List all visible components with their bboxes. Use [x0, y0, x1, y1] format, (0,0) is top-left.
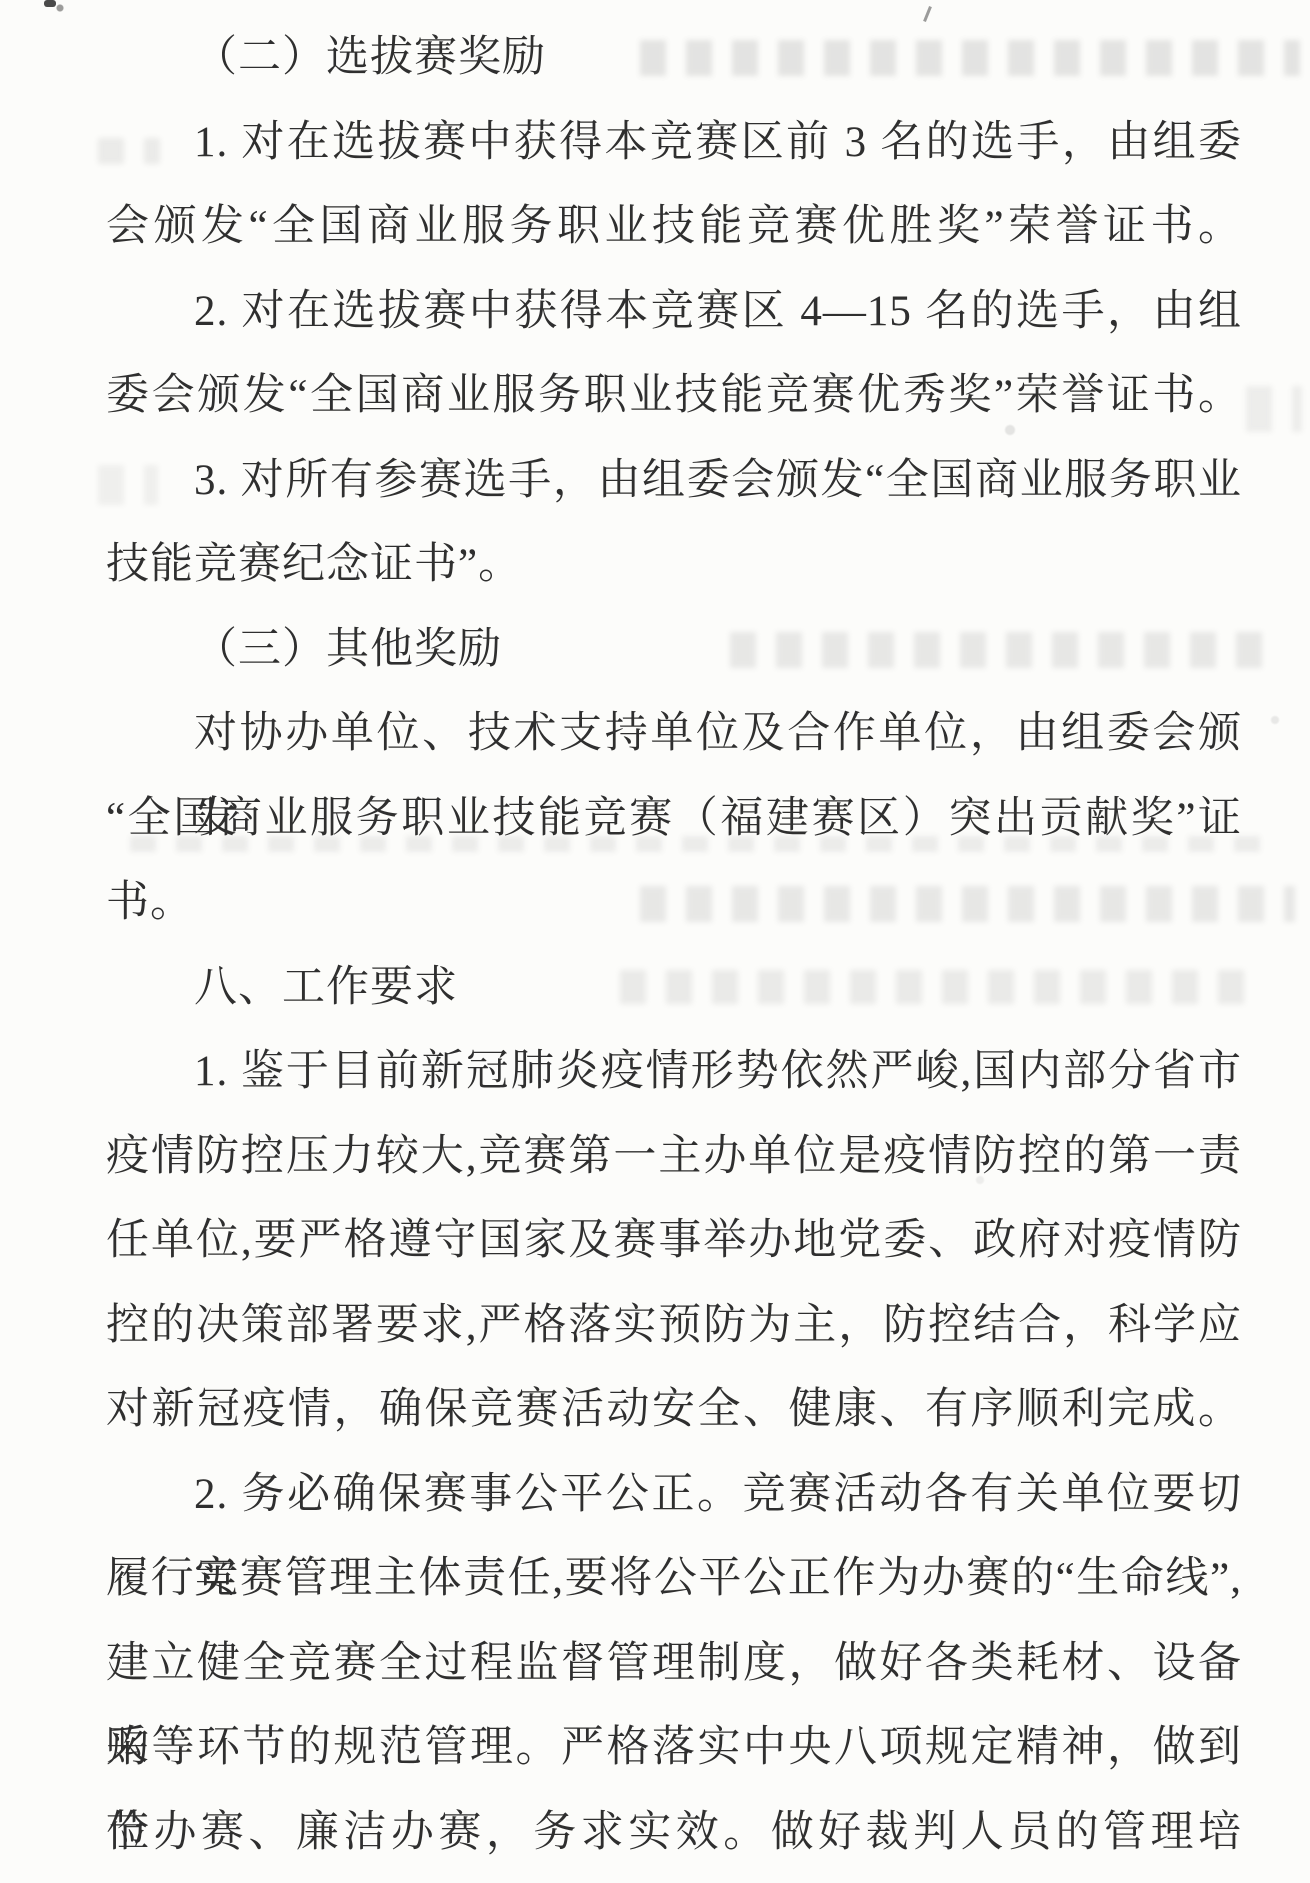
doc-line: “全国商业服务职业技能竞赛（福建赛区）突出贡献奖”证 [106, 777, 1242, 862]
heading-work-requirements: 八、工作要求 [106, 946, 1242, 1031]
doc-line: 3. 对所有参赛选手，由组委会颁发“全国商业服务职业 [106, 439, 1242, 524]
scanned-document-page: （二）选拔赛奖励 1. 对在选拔赛中获得本竞赛区前 3 名的选手，由组委 会颁发… [0, 0, 1310, 1883]
doc-line: 2. 对在选拔赛中获得本竞赛区 4—15 名的选手，由组 [106, 270, 1242, 355]
doc-line: 1. 对在选拔赛中获得本竞赛区前 3 名的选手，由组委 [106, 101, 1242, 186]
heading-other-awards: （三）其他奖励 [106, 608, 1242, 693]
doc-line: 履行竞赛管理主体责任,要将公平公正作为办赛的“生命线”, [106, 1537, 1242, 1622]
doc-line: 任单位,要严格遵守国家及赛事举办地党委、政府对疫情防 [106, 1199, 1242, 1284]
doc-line: 建立健全竞赛全过程监督管理制度，做好各类耗材、设备采 [106, 1622, 1242, 1707]
doc-line: 会颁发“全国商业服务职业技能竞赛优胜奖”荣誉证书。 [106, 185, 1242, 270]
doc-line: 控的决策部署要求,严格落实预防为主，防控结合，科学应 [106, 1284, 1242, 1369]
doc-line: 俭办赛、廉洁办赛，务求实效。做好裁判人员的管理培训， [106, 1791, 1242, 1876]
doc-line: 2. 务必确保赛事公平公正。竞赛活动各有关单位要切实 [106, 1453, 1242, 1538]
doc-line: 书。 [106, 861, 1242, 946]
doc-line: 1. 鉴于目前新冠肺炎疫情形势依然严峻,国内部分省市 [106, 1030, 1242, 1115]
document-body: （二）选拔赛奖励 1. 对在选拔赛中获得本竞赛区前 3 名的选手，由组委 会颁发… [106, 16, 1242, 1875]
scan-speck [44, 0, 56, 7]
doc-line: 购等环节的规范管理。严格落实中央八项规定精神，做到节 [106, 1706, 1242, 1791]
doc-line: 委会颁发“全国商业服务职业技能竞赛优秀奖”荣誉证书。 [106, 354, 1242, 439]
doc-line: 对协办单位、技术支持单位及合作单位，由组委会颁发 [106, 692, 1242, 777]
doc-line: 技能竞赛纪念证书”。 [106, 523, 1242, 608]
bleed-through-artifact [1246, 386, 1302, 432]
doc-line: 对新冠疫情，确保竞赛活动安全、健康、有序顺利完成。 [106, 1368, 1242, 1453]
doc-line: 疫情防控压力较大,竞赛第一主办单位是疫情防控的第一责 [106, 1115, 1242, 1200]
heading-selection-awards: （二）选拔赛奖励 [106, 16, 1242, 101]
